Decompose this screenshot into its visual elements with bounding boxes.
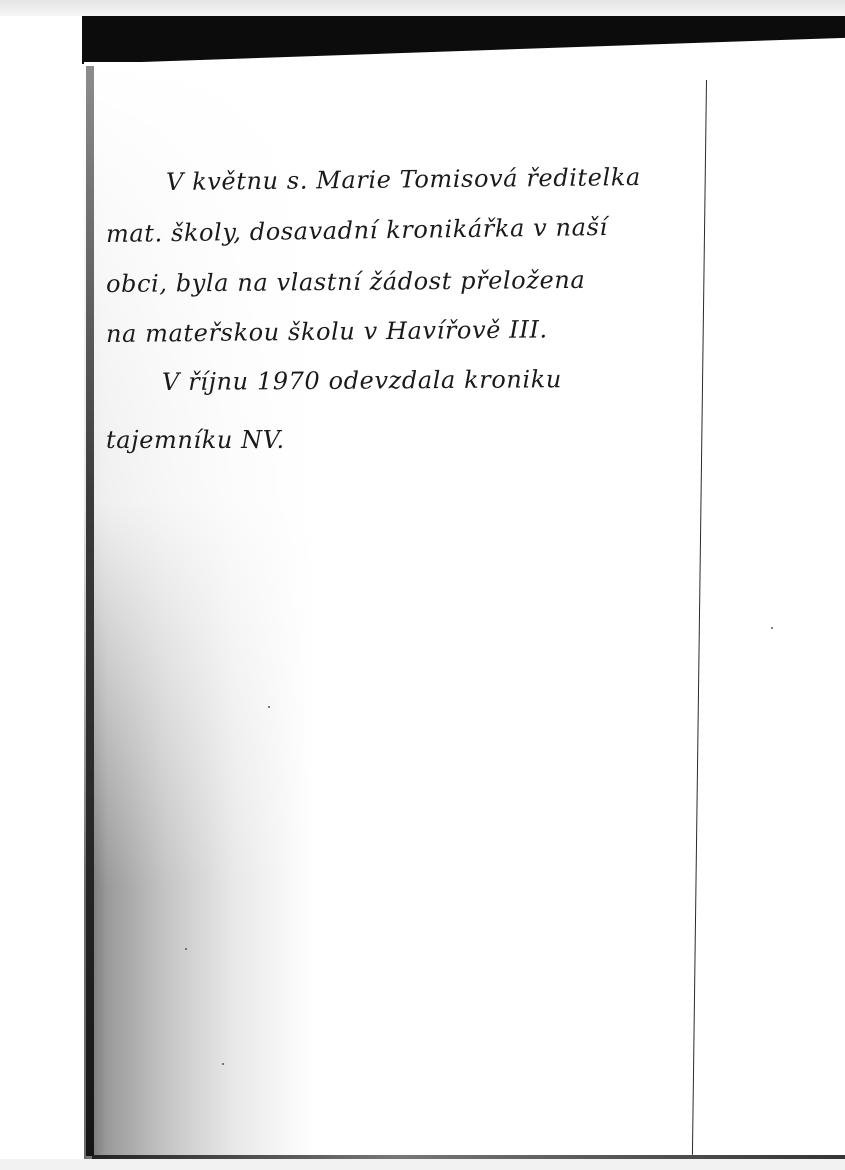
- text-line-1: V květnu s. Marie Tomisová ředitelka: [166, 163, 641, 196]
- scan-speck: [268, 706, 270, 708]
- text-line-4: na mateřskou školu v Havířově III.: [106, 315, 548, 348]
- text-line-6: tajemníku NV.: [106, 426, 285, 454]
- right-margin-rule: [692, 80, 707, 1155]
- text-line-5: V říjnu 1970 odevzdala kroniku: [162, 365, 562, 396]
- scan-speck: [185, 948, 187, 950]
- scanned-page: V květnu s. Marie Tomisová ředitelka mat…: [0, 0, 845, 1170]
- text-line-3: obci, byla na vlastní žádost přeložena: [106, 266, 586, 298]
- binding-shadow-band: [82, 16, 845, 64]
- scan-speck: [222, 1063, 224, 1065]
- scanner-top-edge: [0, 0, 845, 16]
- page-left-edge: [86, 66, 94, 1156]
- text-line-2: mat. školy, dosavadní kronikářka v naší: [106, 213, 608, 248]
- scan-speck: [771, 627, 773, 629]
- scanner-bottom-edge: [0, 1159, 845, 1170]
